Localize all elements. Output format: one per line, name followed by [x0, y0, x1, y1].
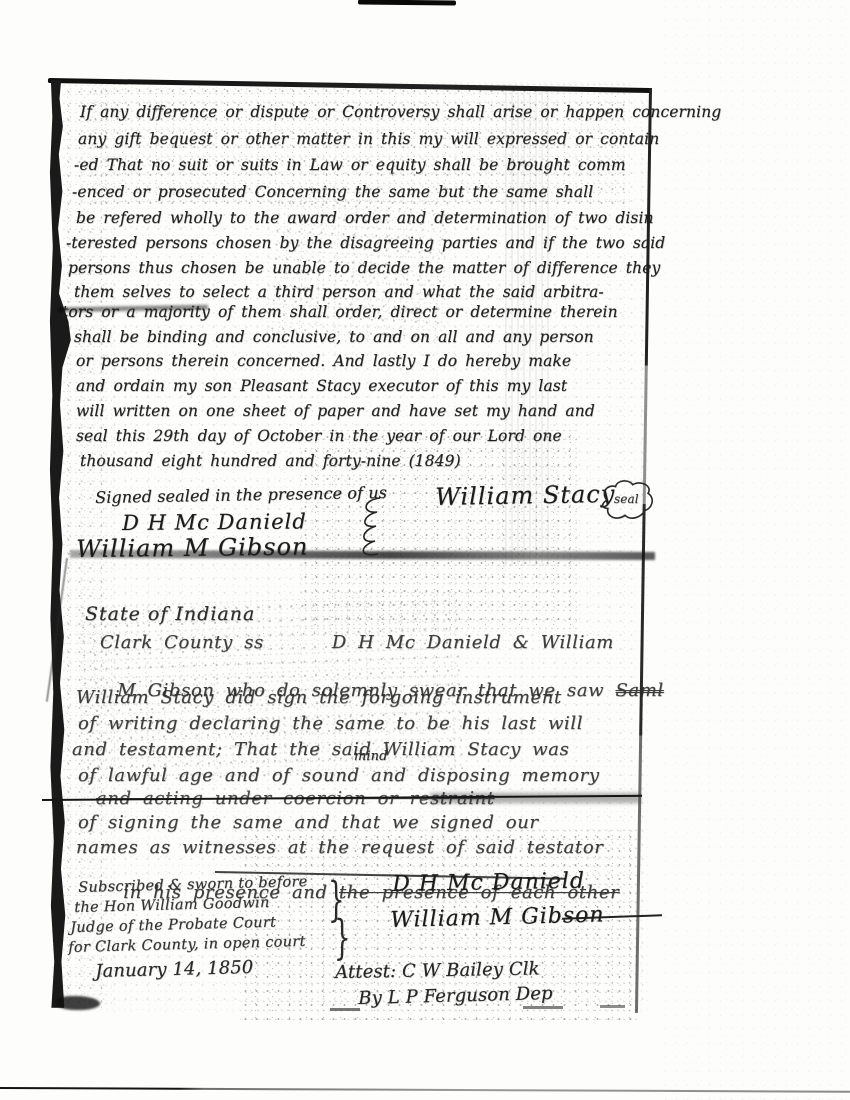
- bottom-tick: [330, 1008, 360, 1011]
- paper-left-edge: [48, 80, 72, 1008]
- probate-line: William Stacy did sign the forgoing inst…: [76, 687, 562, 708]
- probate-line: Clark County ss D H Mc Danield & William: [100, 632, 614, 653]
- probate-line: names as witnesses at the request of sai…: [76, 837, 603, 858]
- bottom-tick: [600, 1005, 625, 1008]
- probate-line: of signing the same and that we signed o…: [78, 812, 539, 833]
- inserted-word-mind: mind: [354, 749, 388, 764]
- will-body-line: thousand eight hundred and forty-nine (1…: [80, 452, 461, 470]
- clerk-attest-line: Attest: C W Bailey Clk: [335, 958, 540, 983]
- will-body-line: seal this 29th day of October in the yea…: [76, 427, 562, 445]
- attestation-presence-line: Signed sealed in the presence of us: [95, 483, 387, 507]
- will-body-line: any gift bequest or other matter in this…: [78, 130, 659, 148]
- witness-signature-1: D H Mc Danield: [122, 509, 307, 535]
- will-body-line: them selves to select a third person and…: [74, 283, 604, 301]
- coil-flourish: [356, 494, 384, 564]
- noise-patch: [660, 0, 850, 1100]
- scan-line-bottom: [0, 1087, 850, 1093]
- struck-word: Saml: [615, 680, 663, 701]
- will-body-line: and ordain my son Pleasant Stacy executo…: [76, 377, 567, 395]
- jurat-brace: }: [334, 912, 351, 966]
- will-body-line: shall be binding and conclusive, to and …: [74, 328, 594, 346]
- will-body-line: tors or a majority of them shall order, …: [62, 303, 618, 321]
- probate-line: of writing declaring the same to be his …: [78, 713, 583, 734]
- will-body-line: -terested persons chosen by the disagree…: [66, 234, 665, 252]
- jurat-line: for Clark County, in open court: [68, 934, 306, 956]
- coil-flourish-icon: [356, 494, 384, 564]
- corner-blot: [56, 996, 100, 1010]
- will-body-line: -enced or prosecuted Concerning the same…: [72, 183, 593, 201]
- will-body-line: be refered wholly to the award order and…: [76, 209, 654, 227]
- probate-state-line: State of Indiana: [85, 603, 255, 625]
- probate-line: and testament; That the said William Sta…: [72, 739, 569, 760]
- probate-line: of lawful age and of sound and disposing…: [78, 765, 600, 786]
- jurat-witness-signature-2: William M Gibson: [390, 902, 605, 933]
- testator-signature: William Stacy: [435, 480, 616, 511]
- paper-top-edge: [48, 78, 652, 93]
- clerk-deputy-line: By L P Ferguson Dep: [358, 983, 553, 1009]
- will-body-line: or persons therein concerned. And lastly…: [76, 352, 571, 370]
- will-body-line: -ed That no suit or suits in Law or equi…: [74, 156, 626, 174]
- page-canvas: If any difference or dispute or Controve…: [0, 0, 850, 1100]
- jurat-date-line: January 14, 1850: [95, 957, 254, 982]
- crease-diagonal: [46, 558, 68, 702]
- scan-streak-top: [358, 0, 456, 6]
- struck-line: and acting under coercion or restraint: [96, 788, 495, 809]
- bottom-tick: [523, 1006, 563, 1009]
- will-body-line: If any difference or dispute or Controve…: [80, 103, 721, 121]
- seal-label: seal: [614, 492, 639, 506]
- jurat-witness-signature-1: D H Mc Danield: [392, 869, 585, 897]
- will-body-line: will written on one sheet of paper and h…: [76, 402, 595, 420]
- witness-signature-2: William M Gibson: [76, 533, 309, 563]
- will-body-line: persons thus chosen be unable to decide …: [68, 259, 660, 277]
